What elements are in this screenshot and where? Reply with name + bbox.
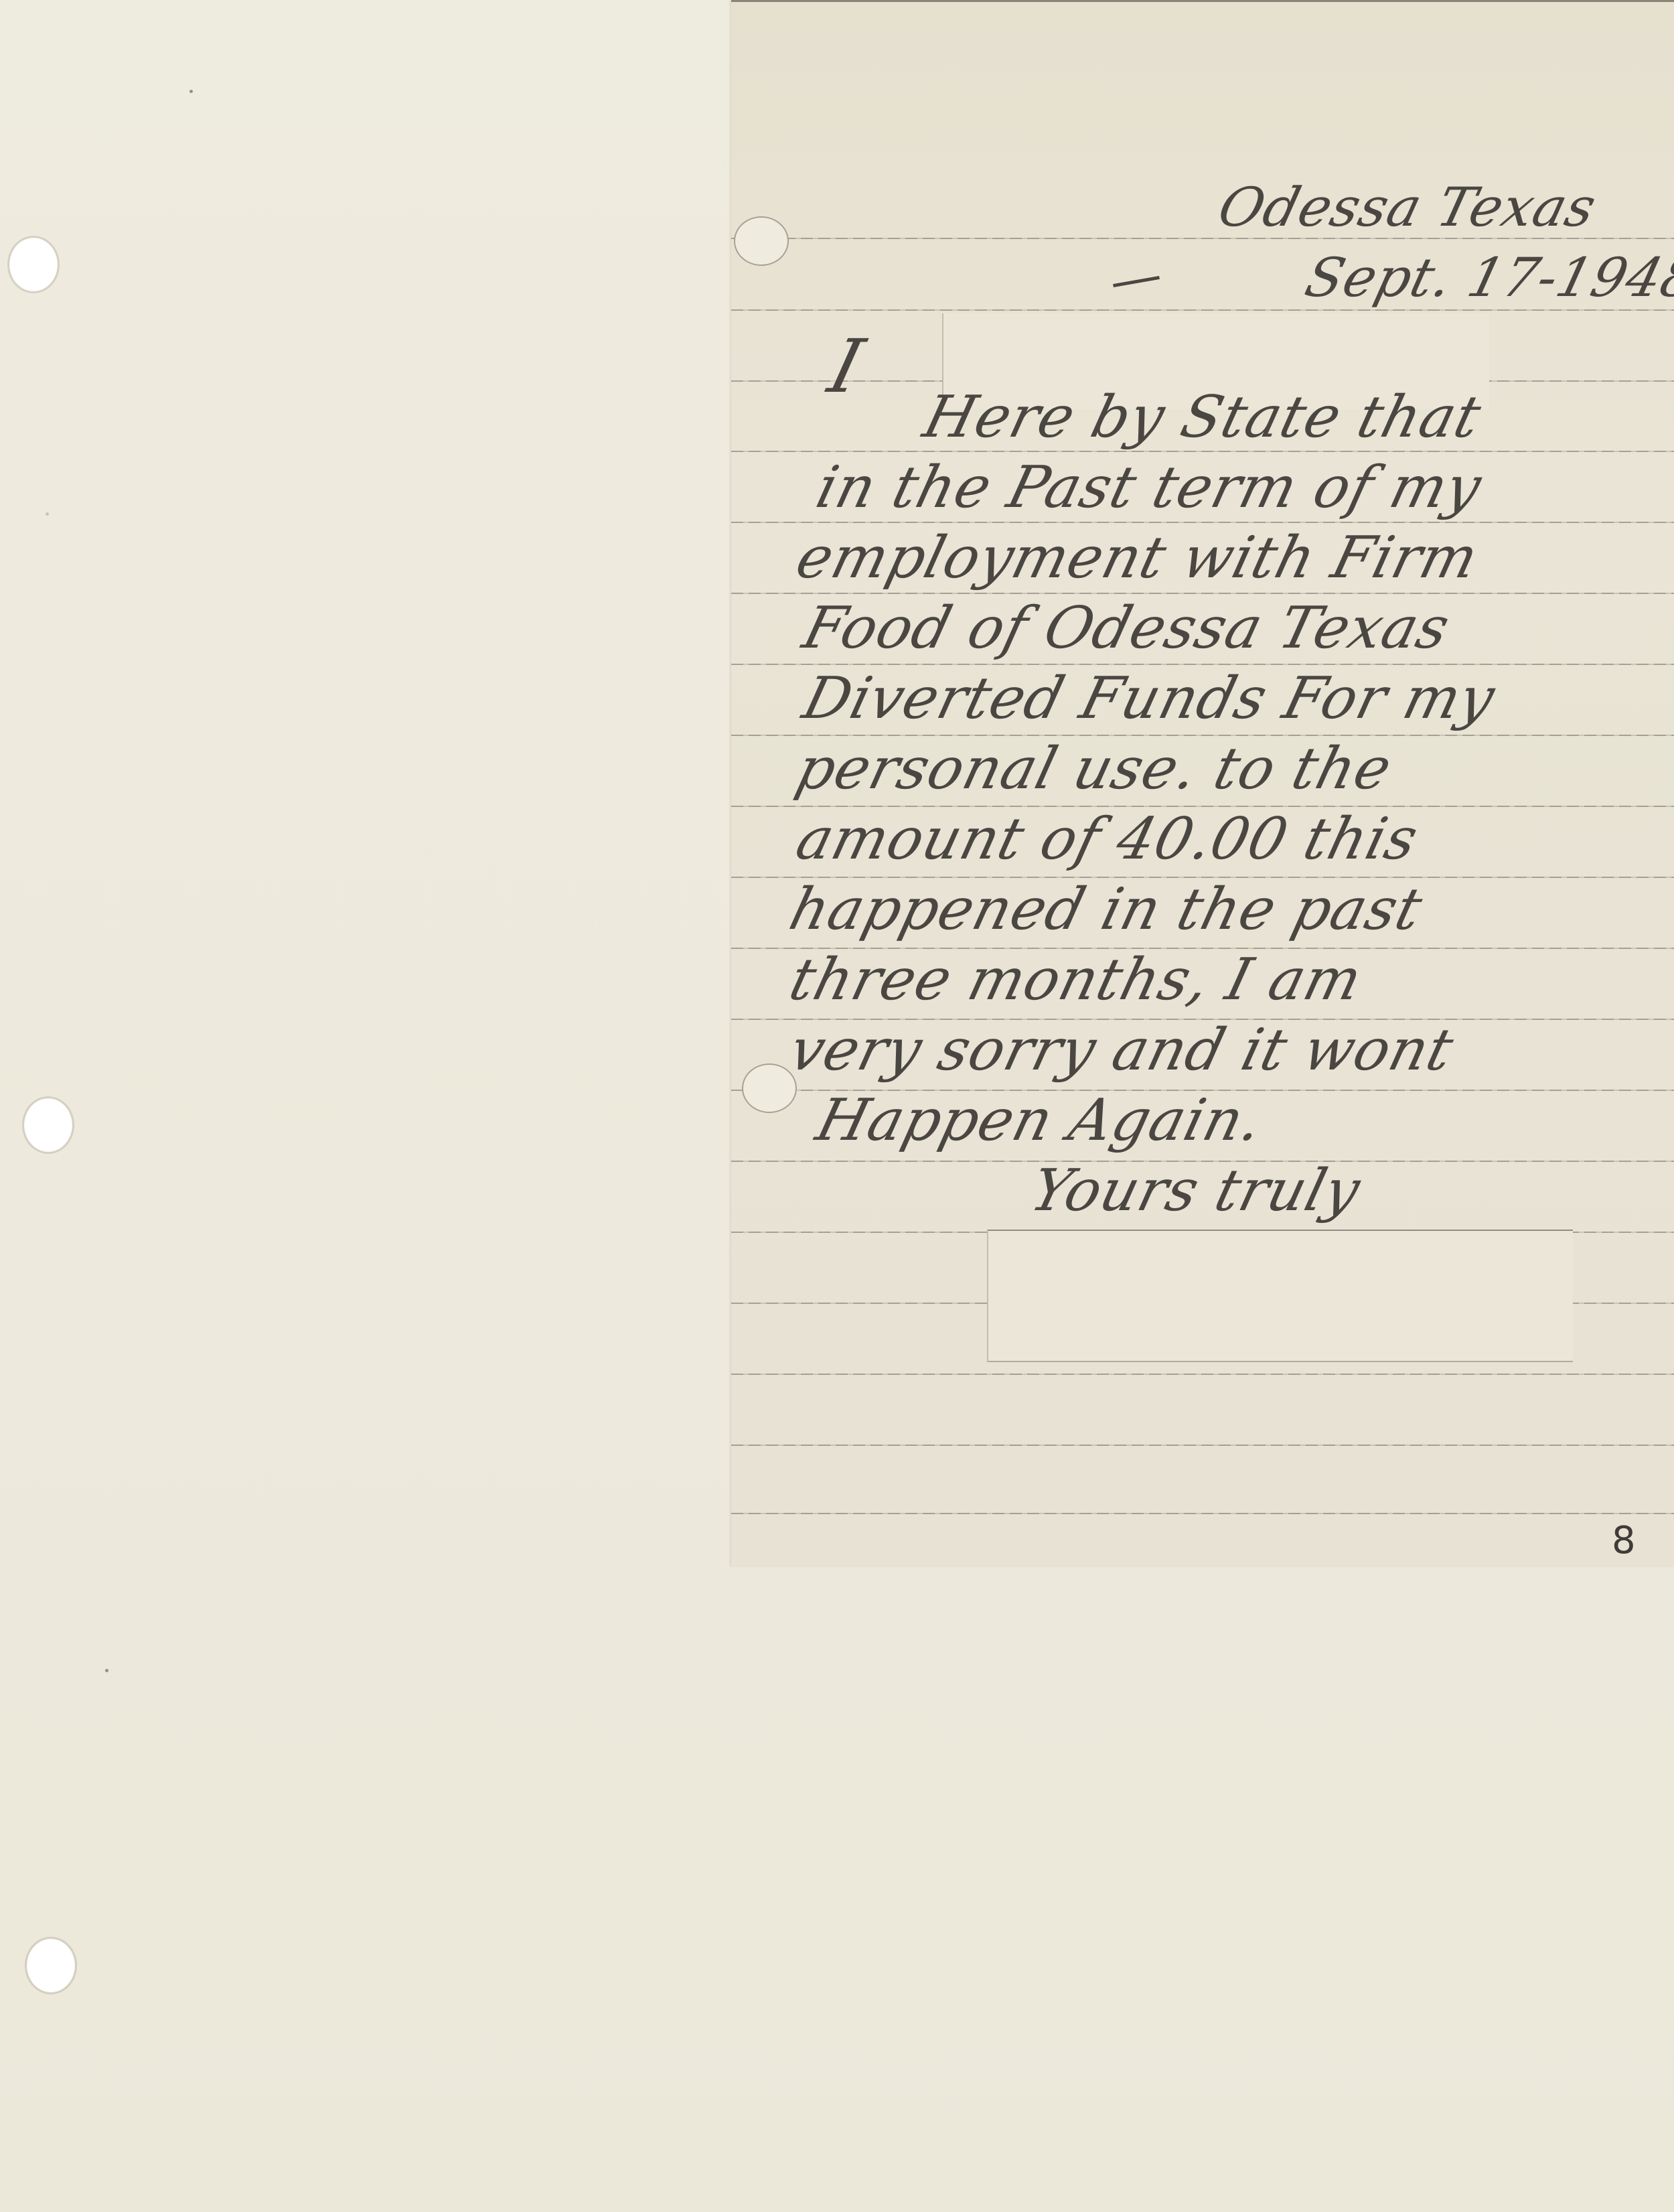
letter-place: Odessa Texas [1212,176,1602,238]
page-number: 8 [1612,1519,1636,1562]
punch-hole-bottom [27,1939,75,1992]
body-line: amount of 40.00 this [790,806,1425,873]
letter-date: Sept. 17-1948 [1299,246,1674,309]
ruled-line [731,309,1674,311]
letter-sheet: Odessa Texas Sept. 17-1948 I Here by Sta… [731,0,1674,1566]
ruled-line [731,522,1674,523]
ruled-line [731,593,1674,594]
ruled-line [731,1374,1674,1375]
paper-speck [105,1669,108,1672]
body-line: Diverted Funds For my [797,665,1502,732]
redaction-box-signature [987,1230,1573,1362]
body-line: happened in the past [783,876,1430,943]
paper-speck [46,512,49,516]
body-line: personal use. to the [790,735,1399,802]
date-dash-mark [1113,276,1160,287]
ruled-line [731,1445,1674,1446]
ruled-line [731,1513,1674,1514]
body-line: very sorry and it wont [783,1017,1460,1084]
body-line: in the Past term of my [810,454,1489,521]
body-line: employment with Firm [790,524,1485,591]
letter-hole-top [734,216,789,266]
body-line: Food of Odessa Texas [797,595,1457,662]
body-line: Here by State that [917,384,1488,451]
body-line: Happen Again. [810,1087,1270,1154]
ruled-line [731,451,1674,452]
letter-salutation: I [821,323,872,409]
paper-speck [189,90,193,93]
punch-hole-middle [24,1098,72,1152]
body-line: three months, I am [783,946,1369,1013]
letter-closing: Yours truly [1024,1157,1367,1224]
punch-hole-top [9,238,58,291]
